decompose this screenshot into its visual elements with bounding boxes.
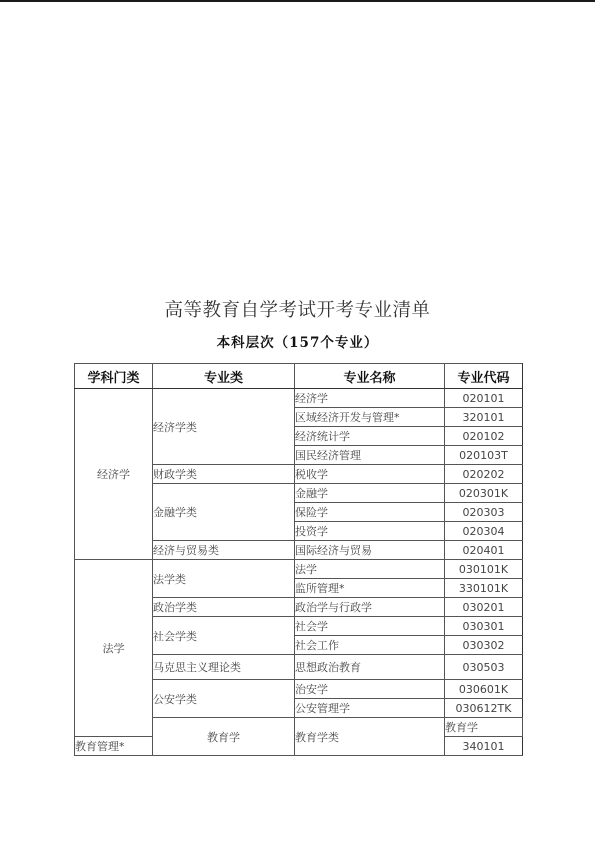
major-name-cell: 公安管理学 [295,699,445,718]
major-code-cell: 330101K [445,579,523,598]
majors-table: 学科门类 专业类 专业名称 专业代码 经济学 经济学类 经济学 020101 区… [74,363,523,756]
major-code-cell: 030612TK [445,699,523,718]
header-category: 专业类 [153,364,295,389]
major-name-cell: 法学 [295,560,445,579]
table-header-row: 学科门类 专业类 专业名称 专业代码 [75,364,523,389]
document-title: 高等教育自学考试开考专业清单 [0,296,595,322]
header-major-name: 专业名称 [295,364,445,389]
major-name-cell: 金融学 [295,484,445,503]
major-name-cell: 教育管理* [75,737,153,756]
major-code-cell: 340101 [445,737,523,756]
major-code-cell: 020401 [445,541,523,560]
major-name-cell: 保险学 [295,503,445,522]
major-code-cell: 030101K [445,560,523,579]
category-cell: 财政学类 [153,465,295,484]
major-name-cell: 思想政治教育 [295,655,445,680]
major-code-cell: 020102 [445,427,523,446]
category-cell: 公安学类 [153,680,295,718]
table-row: 经济学 经济学类 经济学 020101 [75,389,523,408]
major-code-cell: 030302 [445,636,523,655]
major-code-cell: 320101 [445,408,523,427]
major-code-cell: 020303 [445,503,523,522]
major-name-cell: 治安学 [295,680,445,699]
major-code-cell: 030201 [445,598,523,617]
category-cell: 政治学类 [153,598,295,617]
category-cell: 经济学类 [153,389,295,465]
category-cell: 社会学类 [153,617,295,655]
major-name-cell: 投资学 [295,522,445,541]
major-code-cell: 020103T [445,446,523,465]
major-code-cell: 020301K [445,484,523,503]
major-name-cell: 政治学与行政学 [295,598,445,617]
major-code-cell: 020101 [445,389,523,408]
major-code-cell: 020202 [445,465,523,484]
major-name-cell: 经济统计学 [295,427,445,446]
header-major-code: 专业代码 [445,364,523,389]
major-name-cell: 国际经济与贸易 [295,541,445,560]
major-code-cell: 030503 [445,655,523,680]
discipline-cell: 经济学 [75,389,153,560]
header-discipline: 学科门类 [75,364,153,389]
category-cell: 金融学类 [153,484,295,541]
major-code-cell: 030601K [445,680,523,699]
major-name-cell: 经济学 [295,389,445,408]
category-cell: 法学类 [153,560,295,598]
category-cell: 教育学类 [295,718,445,756]
category-cell: 马克思主义理论类 [153,655,295,680]
document-subtitle: 本科层次（157个专业） [0,331,595,351]
table-row: 法学 法学类 法学 030101K [75,560,523,579]
major-name-cell: 社会工作 [295,636,445,655]
discipline-cell: 法学 [75,560,153,737]
major-code-cell: 020304 [445,522,523,541]
page-top-border [0,0,595,2]
major-name-cell: 区域经济开发与管理* [295,408,445,427]
major-name-cell: 国民经济管理 [295,446,445,465]
major-name-cell: 教育学 [445,718,523,737]
major-name-cell: 监所管理* [295,579,445,598]
discipline-cell: 教育学 [153,718,295,756]
major-name-cell: 税收学 [295,465,445,484]
major-name-cell: 社会学 [295,617,445,636]
category-cell: 经济与贸易类 [153,541,295,560]
major-code-cell: 030301 [445,617,523,636]
